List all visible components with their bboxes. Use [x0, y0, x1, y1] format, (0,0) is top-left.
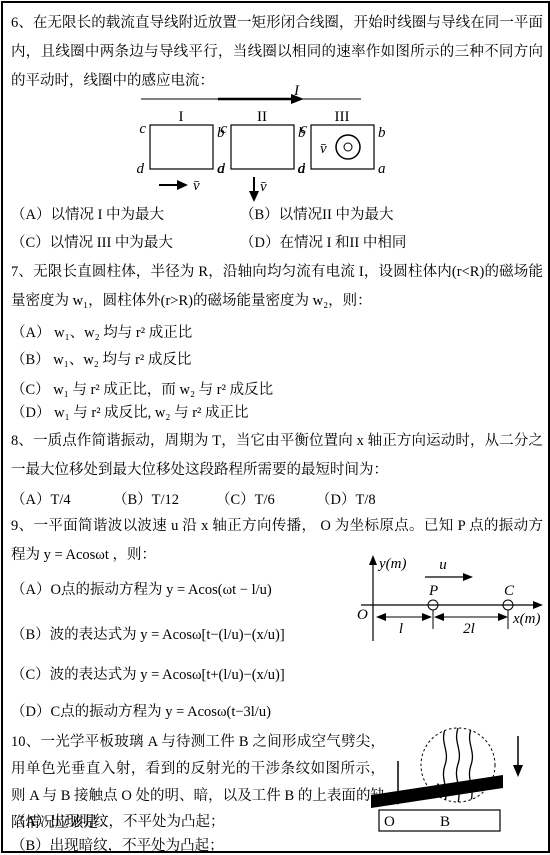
q9-diagram: y(m) u x(m) O P C l 2l [353, 553, 550, 648]
contact-o-label: O [384, 814, 395, 830]
velocity-down-arrowhead-icon [249, 191, 259, 202]
q8-option-d: （D）T/8 [316, 491, 376, 509]
q8-stem: 8、一质点作简谐振动，周期为 T，当它由平衡位置向 x 轴正方向运动时，从二分之… [11, 427, 543, 485]
q10-diagram: A O B [368, 725, 548, 853]
x-axis-arrowhead-icon [533, 601, 543, 609]
loop-iii-corner-c: c [300, 121, 307, 137]
dist-op-arrowhead-right-icon [422, 613, 432, 621]
q6-diagram: I I c b d a v̄ II c b d a v̄ I [3, 83, 550, 203]
q9-option-a: （A）O点的振动方程为 y = Acos(ωt − l/u) [11, 581, 272, 599]
q9-option-d: （D）C点的振动方程为 y = Acosω(t−3l/u) [11, 703, 271, 721]
point-c-label: C [504, 583, 515, 599]
current-label: I [293, 83, 300, 99]
loop-i-velocity-label: v̄ [193, 178, 200, 194]
loop-ii-velocity-label: v̄ [260, 179, 267, 195]
velocity-out-of-page-dot-icon [344, 143, 352, 151]
loop-iii-corner-d: d [298, 161, 306, 177]
loop-ii-rect [231, 125, 294, 169]
incident-ray-right-arrowhead-icon [513, 765, 523, 777]
loop-ii-title: II [257, 109, 267, 125]
loop-i-corner-c: c [139, 121, 146, 137]
loop-iii-title: III [335, 109, 350, 125]
loop-iii: III c b d a v̄ [298, 109, 387, 177]
loop-iii-velocity-label: v̄ [320, 141, 327, 157]
q7-option-a: （A） w₁、w₂ 均与 r² 成正比 [11, 324, 192, 342]
q9-option-c: （C）波的表达式为 y = Acosω[t+(l/u)−(x/u)] [11, 666, 285, 684]
loop-i-corner-d: d [137, 161, 145, 177]
y-axis-arrowhead-icon [369, 555, 377, 565]
plate-a-label: A [433, 781, 444, 797]
loop-ii-corner-d: d [218, 161, 226, 177]
velocity-out-of-page-icon [336, 135, 360, 159]
q10-option-b: （B）出现暗纹，不平处为凸起； [11, 837, 224, 855]
x-axis-label: x(m) [512, 611, 540, 627]
q8-option-a: （A）T/4 [11, 491, 71, 509]
q6-option-d: （D）在情况 I 和II 中相同 [240, 234, 406, 252]
loop-i-title: I [179, 109, 184, 125]
q6-option-a: （A）以情况 I 中为最大 [11, 206, 164, 224]
q8-option-b: （B）T/12 [113, 491, 179, 509]
loop-i: I c b d a v̄ [137, 109, 226, 194]
dist-op-arrowhead-left-icon [376, 613, 386, 621]
document-page: 6、在无限长的载流直导线附近放置一矩形闭合线圈，开始时线圈与导线在同一平面内，且… [1, 1, 550, 853]
loop-ii: II c b d a v̄ [218, 109, 307, 202]
q7-option-b: （B） w₁、w₂ 均与 r² 成反比 [11, 351, 191, 369]
loop-ii-corner-c: c [220, 121, 227, 137]
dist-pc-arrowhead-right-icon [498, 613, 508, 621]
dist-op-label: l [399, 621, 403, 637]
point-p-label: P [428, 583, 438, 599]
loop-iii-corner-a: a [378, 161, 386, 177]
q10-option-a: （A）出现明纹，不平处为凸起； [11, 813, 224, 831]
origin-label: O [357, 607, 368, 623]
loop-i-rect [150, 125, 213, 169]
dist-pc-arrowhead-left-icon [434, 613, 444, 621]
q8-option-c: （C）T/6 [216, 491, 275, 509]
workpiece-b-label: B [440, 814, 450, 830]
q6-option-c: （C）以情况 III 中为最大 [11, 234, 173, 252]
q7-option-d: （D） w₁ 与 r² 成反比, w₂ 与 r² 成正比 [11, 404, 249, 422]
q7-option-c: （C） w₁ 与 r² 成正比，而 w₂ 与 r² 成反比 [11, 381, 273, 399]
wave-speed-arrowhead-icon [463, 573, 473, 581]
q7-stem: 7、无限长直圆柱体，半径为 R，沿轴向均匀流有电流 I，设圆柱体内(r<R)的磁… [11, 258, 543, 316]
y-axis-label: y(m) [377, 556, 406, 572]
velocity-right-arrowhead-icon [177, 180, 188, 190]
wave-speed-label: u [439, 557, 447, 573]
q6-option-b: （B）以情况II 中为最大 [240, 206, 393, 224]
q9-option-b: （B）波的表达式为 y = Acosω[t−(l/u)−(x/u)] [11, 626, 285, 644]
dist-pc-label: 2l [463, 621, 475, 637]
loop-iii-corner-b: b [378, 125, 386, 141]
